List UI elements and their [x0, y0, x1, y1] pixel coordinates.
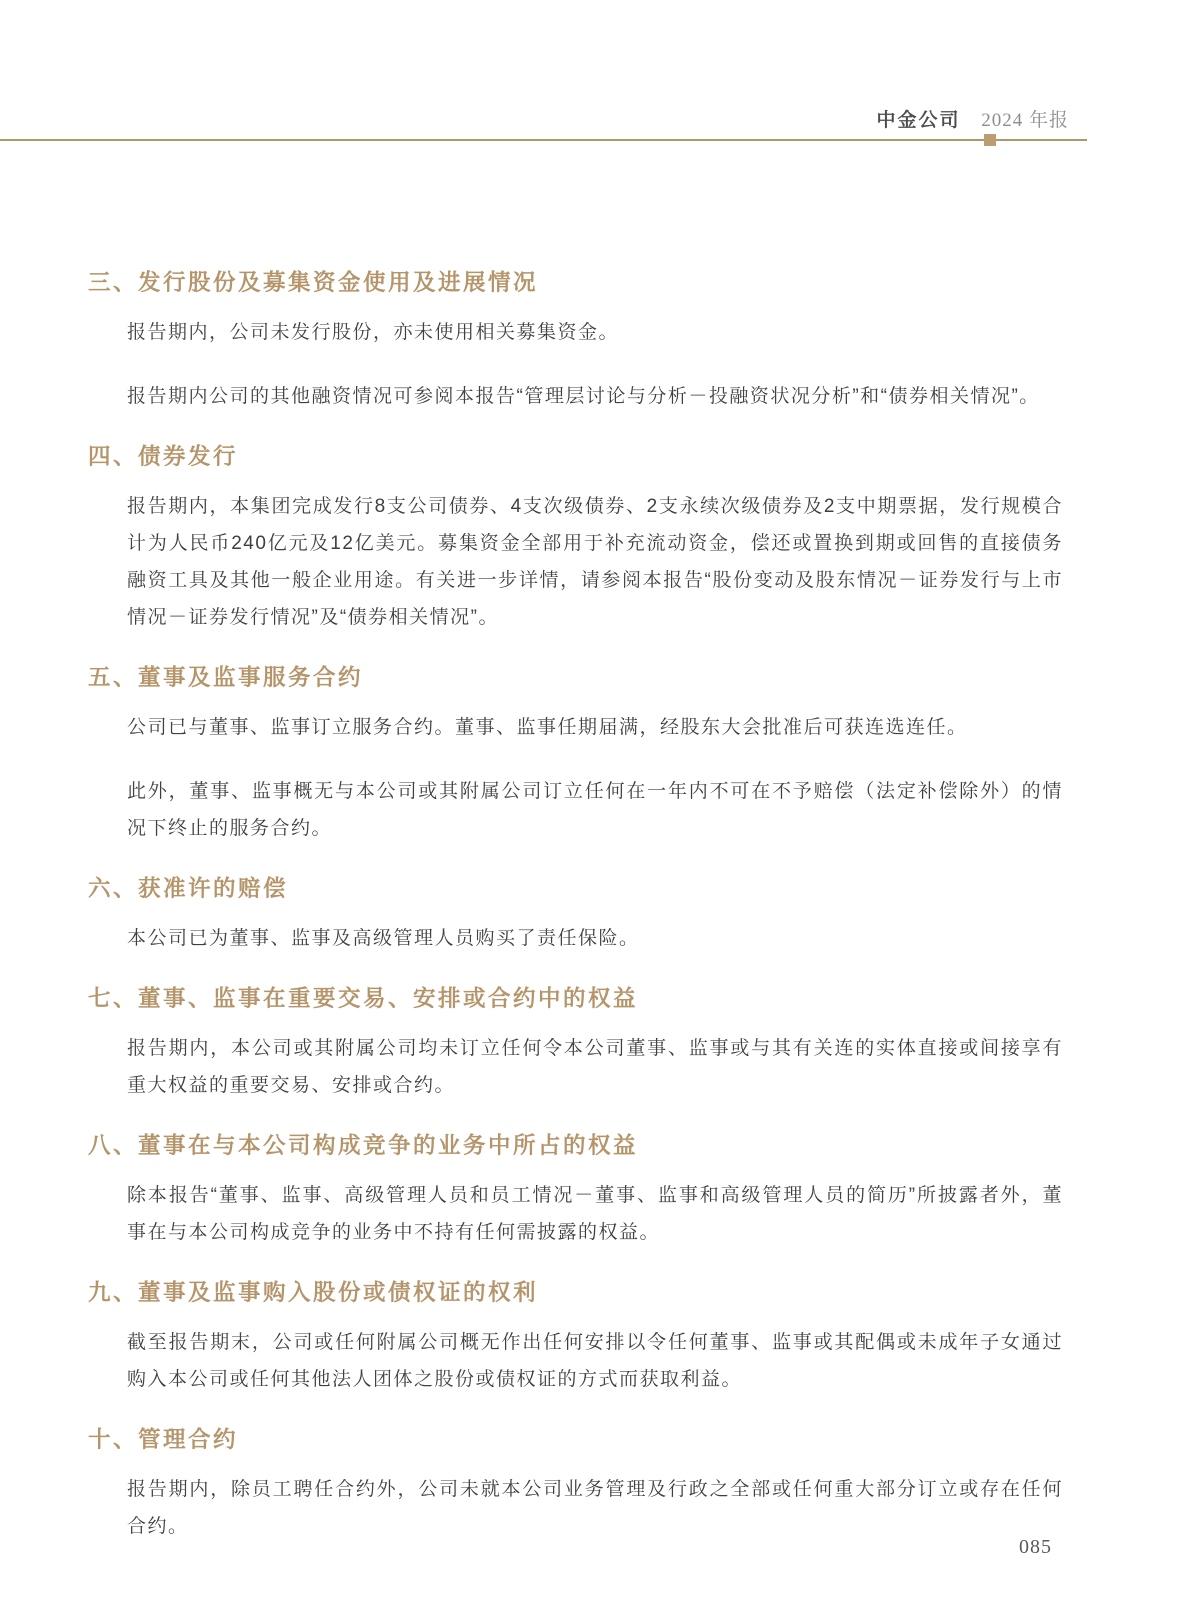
paragraph: 报告期内公司的其他融资情况可参阅本报告“管理层讨论与分析－投融资状况分析”和“债…	[127, 378, 1063, 415]
paragraph: 报告期内，除员工聘任合约外，公司未就本公司业务管理及行政之全部或任何重大部分订立…	[127, 1471, 1063, 1545]
paragraph: 报告期内，本公司或其附属公司均未订立任何令本公司董事、监事或与其有关连的实体直接…	[127, 1030, 1063, 1104]
paragraph: 截至报告期末，公司或任何附属公司概无作出任何安排以令任何董事、监事或其配偶或未成…	[127, 1324, 1063, 1398]
section-service-contracts: 五、董事及监事服务合约 公司已与董事、监事订立服务合约。董事、监事任期届满，经股…	[88, 663, 1063, 847]
header-rule-divider	[0, 139, 1087, 141]
section-share-issuance: 三、发行股份及募集资金使用及进展情况 报告期内，公司未发行股份，亦未使用相关募集…	[88, 268, 1063, 415]
page-header: 中金公司 2024 年报	[876, 109, 1069, 133]
section-heading: 八、董事在与本公司构成竞争的业务中所占的权益	[88, 1131, 1063, 1161]
header-rule-square-marker	[984, 134, 996, 146]
page-number: 085	[1019, 1536, 1052, 1559]
paragraph: 此外，董事、监事概无与本公司或其附属公司订立任何在一年内不可在不予赔偿（法定补偿…	[127, 773, 1063, 847]
section-management-contracts: 十、管理合约 报告期内，除员工聘任合约外，公司未就本公司业务管理及行政之全部或任…	[88, 1425, 1063, 1545]
section-rights-to-acquire-shares: 九、董事及监事购入股份或债权证的权利 截至报告期末，公司或任何附属公司概无作出任…	[88, 1278, 1063, 1398]
section-interests-in-transactions: 七、董事、监事在重要交易、安排或合约中的权益 报告期内，本公司或其附属公司均未订…	[88, 984, 1063, 1104]
paragraph: 公司已与董事、监事订立服务合约。董事、监事任期届满，经股东大会批准后可获连选连任…	[127, 709, 1063, 746]
section-competing-business: 八、董事在与本公司构成竞争的业务中所占的权益 除本报告“董事、监事、高级管理人员…	[88, 1131, 1063, 1251]
header-edition-label: 2024 年报	[981, 110, 1069, 131]
section-heading: 六、获准许的赔偿	[88, 874, 1063, 904]
section-heading: 五、董事及监事服务合约	[88, 663, 1063, 693]
paragraph: 报告期内，公司未发行股份，亦未使用相关募集资金。	[127, 314, 1063, 351]
paragraph: 本公司已为董事、监事及高级管理人员购买了责任保险。	[127, 920, 1063, 957]
section-heading: 七、董事、监事在重要交易、安排或合约中的权益	[88, 984, 1063, 1014]
section-bond-issuance: 四、债券发行 报告期内，本集团完成发行8支公司债券、4支次级债券、2支永续次级债…	[88, 442, 1063, 636]
section-heading: 十、管理合约	[88, 1425, 1063, 1455]
report-page: 中金公司 2024 年报 三、发行股份及募集资金使用及进展情况 报告期内，公司未…	[0, 0, 1190, 1615]
document-body: 三、发行股份及募集资金使用及进展情况 报告期内，公司未发行股份，亦未使用相关募集…	[88, 262, 1063, 1572]
section-permitted-indemnity: 六、获准许的赔偿 本公司已为董事、监事及高级管理人员购买了责任保险。	[88, 874, 1063, 957]
paragraph: 报告期内，本集团完成发行8支公司债券、4支次级债券、2支永续次级债券及2支中期票…	[127, 488, 1063, 636]
paragraph: 除本报告“董事、监事、高级管理人员和员工情况－董事、监事和高级管理人员的简历”所…	[127, 1177, 1063, 1251]
section-heading: 三、发行股份及募集资金使用及进展情况	[88, 268, 1063, 298]
section-heading: 九、董事及监事购入股份或债权证的权利	[88, 1278, 1063, 1308]
header-company-label: 中金公司	[876, 110, 960, 131]
section-heading: 四、债券发行	[88, 442, 1063, 472]
